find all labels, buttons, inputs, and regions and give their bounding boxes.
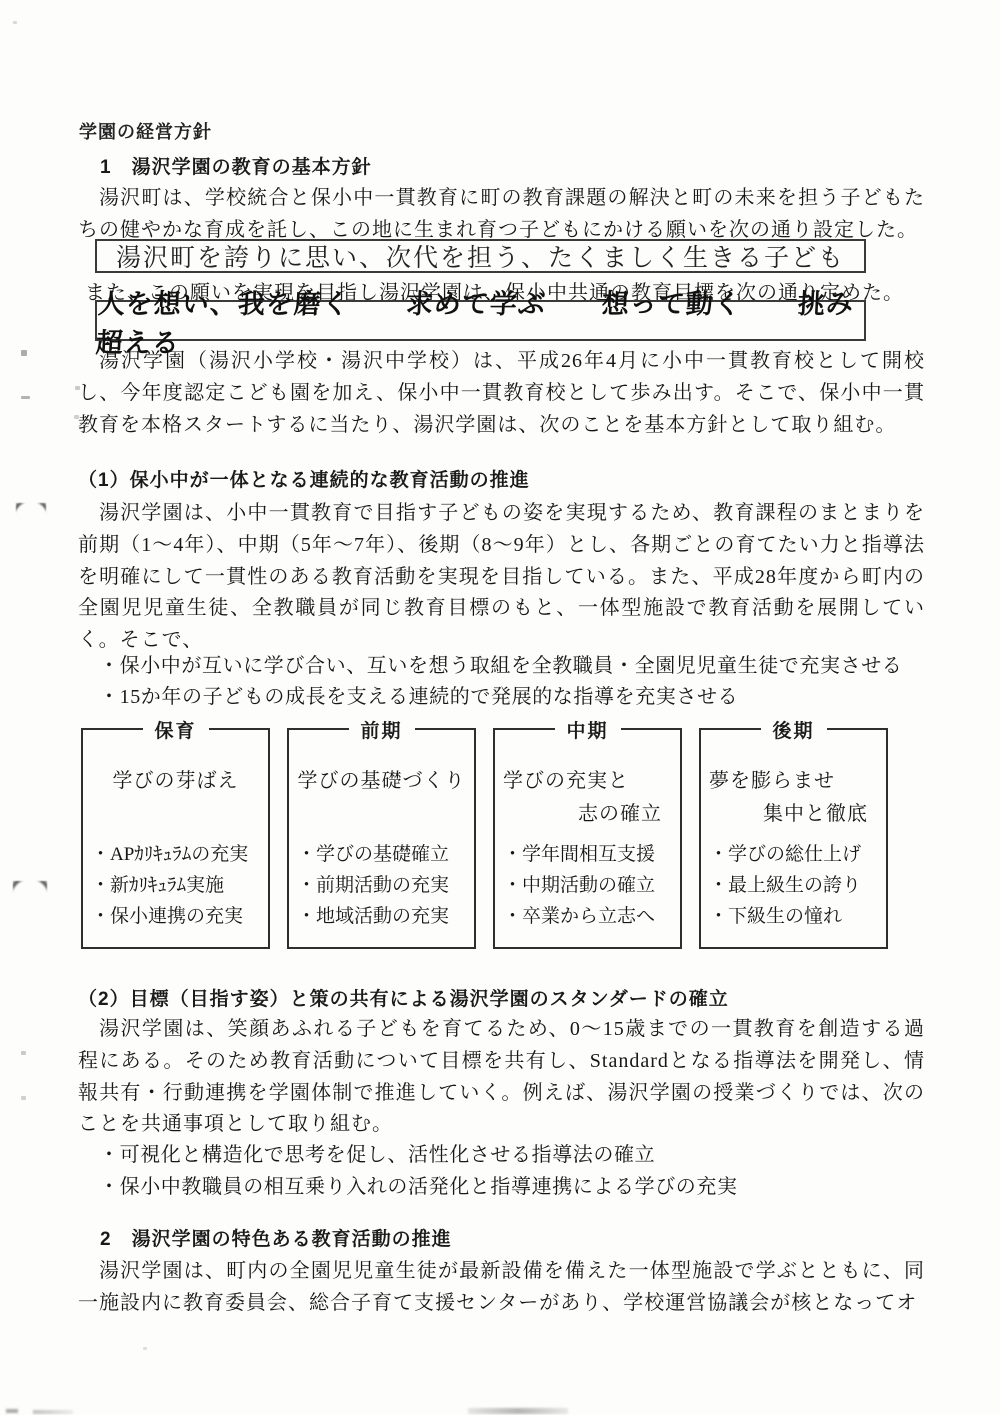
stage-box-hoiku-title: 保育: [142, 716, 208, 743]
stage-box-chuki-slogan: 学びの充実と: [503, 764, 672, 797]
stage-box-hoiku-slogan: 学びの芽ばえ: [91, 764, 260, 797]
section-1-heading: 1 湯沢学園の教育の基本方針: [100, 152, 800, 179]
scan-speck: [75, 386, 80, 390]
policy-2-bullet-1: ・可視化と構造化で思考を促し、活性化させる指導法の確立: [99, 1140, 929, 1170]
stage-item: ・学びの基礎確立: [297, 839, 466, 870]
stage-box-kouki-slogan: 夢を膨らませ: [709, 764, 878, 797]
stage-box-kouki: 後期 夢を膨らませ 集中と徹底 ・学びの総仕上げ ・最上級生の誇り ・下級生の憧…: [699, 728, 888, 949]
stage-item: ・地域活動の充実: [297, 901, 466, 932]
scan-speck: [21, 396, 30, 399]
stage-item: ・APｶﾘｷｭﾗﾑの充実: [91, 839, 260, 870]
stage-box-hoiku-slogan2: [91, 797, 260, 833]
scan-smudge: [6, 1409, 18, 1413]
stage-box-zenki-slogan2: [297, 797, 466, 833]
scan-speck: [21, 350, 27, 356]
stage-box-chuki-title: 中期: [554, 716, 620, 743]
policy-1-heading: （1）保小中が一体となる連続的な教育活動の推進: [78, 465, 878, 492]
stage-item: ・新ｶﾘｷｭﾗﾑ実施: [91, 870, 260, 901]
policy-1-bullet-2: ・15か年の子どもの成長を支える連続的で発展的な指導を充実させる: [99, 682, 929, 712]
section-2-heading: 2 湯沢学園の特色ある教育活動の推進: [100, 1224, 900, 1251]
policy-1-bullet-1: ・保小中が互いに学び合い、互いを想う取組を全教職員・全園児児童生徒で充実させる: [99, 651, 929, 681]
stage-box-hoiku: 保育 学びの芽ばえ ・APｶﾘｷｭﾗﾑの充実 ・新ｶﾘｷｭﾗﾑ実施 ・保小連携の…: [81, 728, 270, 949]
scan-speck: [13, 21, 17, 24]
stage-item: ・中期活動の確立: [503, 870, 672, 901]
stage-box-chuki: 中期 学びの充実と 志の確立 ・学年間相互支援 ・中期活動の確立 ・卒業から立志…: [493, 728, 682, 949]
stage-box-kouki-items: ・学びの総仕上げ ・最上級生の誇り ・下級生の憧れ: [709, 839, 878, 932]
stage-item: ・学びの総仕上げ: [709, 839, 878, 870]
town-wish-slogan-text: 湯沢町を誇りに思い、次代を担う、たくましく生きる子ども: [116, 238, 845, 274]
stage-item: ・卒業から立志へ: [503, 901, 672, 932]
stage-item: ・学年間相互支援: [503, 839, 672, 870]
document-title: 学園の経営方針: [79, 118, 579, 144]
policy-2-heading: （2）目標（目指す姿）と策の共有による湯沢学園のスタンダードの確立: [78, 984, 938, 1011]
stage-box-chuki-items: ・学年間相互支援 ・中期活動の確立 ・卒業から立志へ: [503, 839, 672, 932]
policy-1-body-paragraph: 湯沢学園は、小中一貫教育で目指す子どもの姿を実現するため、教育課程のまとまりを前…: [78, 498, 925, 657]
scan-speck: [143, 1347, 147, 1350]
section-2-body-paragraph: 湯沢学園は、町内の全園児児童生徒が最新設備を備えた一体型施設で学ぶとともに、同一…: [78, 1256, 925, 1320]
scan-speck: [21, 1051, 26, 1055]
scan-smudge: [33, 1410, 73, 1414]
stage-item: ・前期活動の充実: [297, 870, 466, 901]
stage-box-kouki-slogan2: 集中と徹底: [709, 797, 878, 833]
stage-box-zenki: 前期 学びの基礎づくり ・学びの基礎確立 ・前期活動の充実 ・地域活動の充実: [287, 728, 476, 949]
stage-item: ・保小連携の充実: [91, 901, 260, 932]
stage-item: ・下級生の憧れ: [709, 901, 878, 932]
scanned-document-page: 学園の経営方針 1 湯沢学園の教育の基本方針 湯沢町は、学校統合と保小中一貫教育…: [0, 0, 1000, 1415]
policy-2-bullet-2: ・保小中教職員の相互乗り入れの活発化と指導連携による学びの充実: [99, 1172, 929, 1202]
stage-box-zenki-title: 前期: [348, 716, 414, 743]
binder-ring-shadow-top: [16, 503, 46, 519]
scan-speck: [21, 1096, 26, 1100]
scan-speck: [74, 415, 79, 419]
scan-smudge: [468, 1408, 568, 1414]
stage-box-hoiku-items: ・APｶﾘｷｭﾗﾑの充実 ・新ｶﾘｷｭﾗﾑ実施 ・保小連携の充実: [91, 839, 260, 932]
education-goal-slogan-box: 人を想い、我を磨く 求めて学ぶ 想って動く 挑み超える: [95, 300, 866, 341]
section-1-body-paragraph: 湯沢学園（湯沢小学校・湯沢中学校）は、平成26年4月に小中一貫教育校として開校し…: [78, 346, 925, 441]
stage-box-zenki-items: ・学びの基礎確立 ・前期活動の充実 ・地域活動の充実: [297, 839, 466, 932]
stage-box-chuki-slogan2: 志の確立: [503, 797, 672, 833]
town-wish-slogan-box: 湯沢町を誇りに思い、次代を担う、たくましく生きる子ども: [95, 239, 866, 273]
binder-ring-shadow-bottom: [13, 881, 47, 899]
stage-box-zenki-slogan: 学びの基礎づくり: [297, 764, 466, 797]
stage-box-kouki-title: 後期: [760, 716, 826, 743]
stage-boxes-row: 保育 学びの芽ばえ ・APｶﾘｷｭﾗﾑの充実 ・新ｶﾘｷｭﾗﾑ実施 ・保小連携の…: [81, 728, 889, 949]
stage-item: ・最上級生の誇り: [709, 870, 878, 901]
policy-2-body-paragraph: 湯沢学園は、笑顔あふれる子どもを育てるため、0～15歳までの一貫教育を創造する過…: [78, 1014, 925, 1141]
